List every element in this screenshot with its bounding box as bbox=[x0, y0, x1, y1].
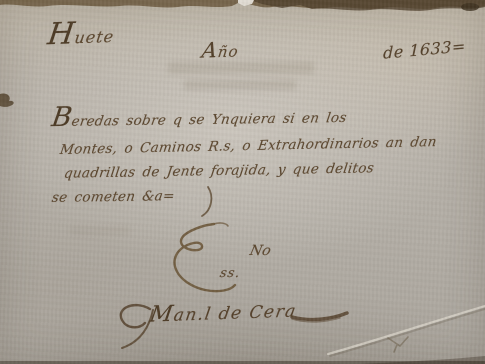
bottom-edge-shadow bbox=[0, 356, 485, 364]
no-notation: No bbox=[248, 243, 272, 259]
top-deckle-edge bbox=[0, 0, 485, 11]
manuscript-page: Huete Año de 1633= Beredas sobre q se Yn… bbox=[0, 0, 485, 364]
body-line: quadrillas de Jente forajida, y que deli… bbox=[63, 160, 375, 181]
bleedthrough-smudge bbox=[184, 80, 296, 90]
year-word: Año bbox=[201, 37, 241, 62]
ink-blot-left-edge bbox=[0, 93, 14, 106]
year-value: de 1633= bbox=[383, 36, 466, 62]
corner-speck bbox=[461, 3, 479, 11]
place-name: Huete bbox=[46, 15, 118, 53]
body-line: se cometen &a= bbox=[51, 188, 176, 206]
paper-crease bbox=[328, 306, 485, 356]
signature-name: Man.l de Cera bbox=[148, 297, 299, 327]
bleedthrough-smudge bbox=[168, 62, 314, 74]
bleedthrough-smudge bbox=[70, 226, 130, 235]
ss-notation: ss. bbox=[218, 266, 242, 281]
body-line: Beredas sobre q se Ynquiera si en los bbox=[50, 98, 350, 133]
body-line: Montes, o Caminos R.s, o Extrahordinario… bbox=[59, 134, 438, 158]
fold-mark bbox=[388, 337, 408, 352]
etcetera-stroke bbox=[202, 187, 211, 216]
